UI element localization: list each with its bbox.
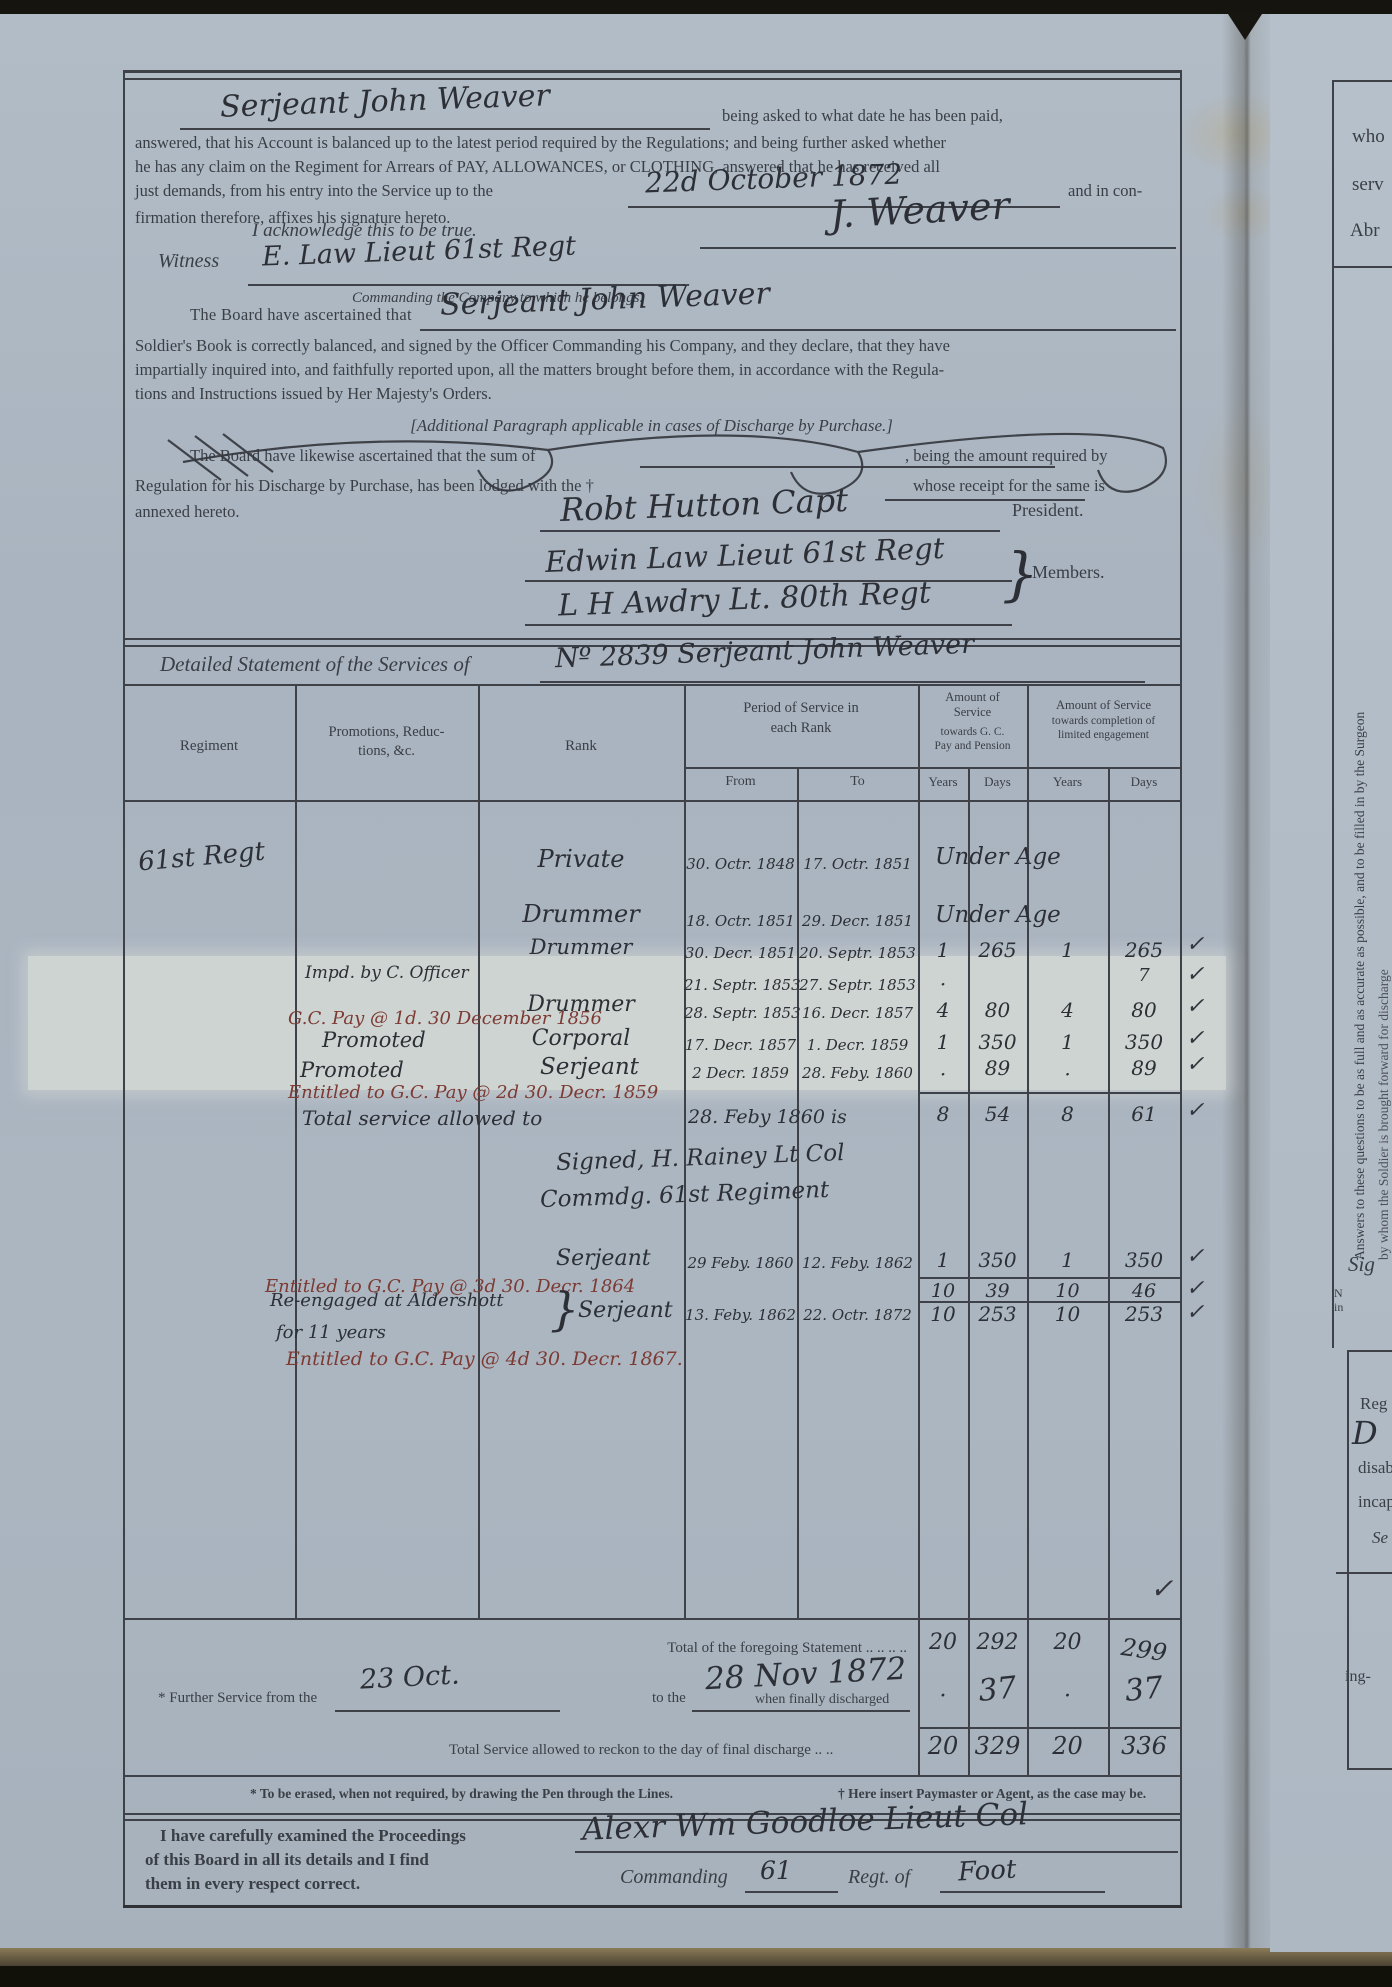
- row9-days2: 61: [1108, 1102, 1180, 1126]
- summary-final-days1: 329: [968, 1732, 1027, 1760]
- row5-years1: 4: [918, 998, 968, 1022]
- facing-frag-reg: Reg: [1360, 1394, 1387, 1414]
- facing-frag-in: in: [1334, 1300, 1343, 1315]
- row3-years1: 1: [918, 938, 968, 962]
- row13-days2: 253: [1108, 1302, 1180, 1326]
- col-header-rank: Rank: [478, 738, 684, 755]
- board-name-underline: [420, 329, 1176, 331]
- summary-total-years1: 20: [918, 1630, 968, 1655]
- row4-checkmark: ✓: [1186, 962, 1204, 987]
- row5-years2: 4: [1027, 998, 1108, 1022]
- numeric-rule-1: [918, 1092, 1180, 1094]
- facing-box-left-border: [1347, 1350, 1349, 1770]
- commanding-regiment-number: 61: [760, 1856, 792, 1885]
- summary-total-days1: 292: [968, 1630, 1027, 1655]
- col-header-amount1-2: Service: [918, 705, 1027, 720]
- facing-frag-sig: Sig: [1348, 1252, 1375, 1277]
- col-header-to: To: [797, 774, 918, 790]
- row6-from: 17. Decr. 1857: [684, 1036, 797, 1054]
- facing-frag-disab: disab: [1358, 1458, 1392, 1478]
- row13-days1: 253: [968, 1302, 1027, 1326]
- numeric-rule-2: [918, 1277, 1180, 1279]
- facing-frag-serv: serv: [1352, 174, 1384, 196]
- grid-line-regiment: [295, 684, 297, 1618]
- row6-checkmark: ✓: [1186, 1026, 1204, 1051]
- board-para-line3: tions and Instructions issued by Her Maj…: [135, 384, 492, 404]
- further-from-line: [335, 1710, 560, 1712]
- row2-from: 18. Octr. 1851: [684, 912, 797, 930]
- facing-frag-script: D: [1352, 1414, 1378, 1452]
- row13-from: 13. Feby. 1862: [684, 1306, 797, 1324]
- summary-final-days2: 336: [1108, 1732, 1180, 1760]
- page-bottom-edge: [0, 1948, 1392, 1966]
- row8-red-entry: Entitled to G.C. Pay @ 2d 30. Decr. 1859: [288, 1082, 658, 1103]
- row13-to: 22. Octr. 1872: [797, 1306, 918, 1324]
- row4-years1: ·: [918, 972, 968, 996]
- form-border-left: [123, 70, 125, 1908]
- summary-bottom-rule: [123, 1775, 1180, 1777]
- row9-years2: 8: [1027, 1102, 1108, 1126]
- table-header-bottom-rule: [123, 800, 1180, 802]
- further-service-mid: to the: [652, 1690, 686, 1707]
- witness-label: Witness: [158, 250, 219, 273]
- page-top-edge: [0, 0, 1392, 14]
- row13-checkmark: ✓: [1186, 1300, 1204, 1325]
- facing-frag-ing: ing-: [1345, 1668, 1371, 1686]
- col-header-promotions-2: tions, &c.: [295, 743, 478, 760]
- row3-to: 20. Septr. 1853: [797, 944, 918, 962]
- facing-box-top-rule: [1347, 1350, 1392, 1352]
- row7-rank: Serjeant: [540, 1054, 639, 1080]
- row13-promotion-line1: Re-engaged at Aldershott: [270, 1290, 504, 1311]
- row13-years2: 10: [1027, 1302, 1108, 1326]
- row4-to: 27. Septr. 1853: [797, 976, 918, 994]
- further-service-post: when finally discharged: [755, 1692, 889, 1708]
- header-line2: answered, that his Account is balanced u…: [135, 133, 946, 153]
- further-days1: 37: [966, 1669, 1028, 1710]
- col-header-days1: Days: [968, 774, 1027, 790]
- further-years2: ·: [1027, 1684, 1108, 1709]
- row6-days1: 350: [968, 1030, 1027, 1054]
- footnote-erase: * To be erased, when not required, by dr…: [250, 1786, 673, 1802]
- commanding-signature-line: [575, 1851, 1178, 1853]
- row2-to: 29. Decr. 1851: [797, 912, 918, 930]
- row7-days1: 89: [968, 1056, 1027, 1080]
- row13-years1: 10: [918, 1302, 968, 1326]
- col-header-promotions-1: Promotions, Reduc-: [295, 724, 478, 741]
- col-header-amount1-3: towards G. C.: [918, 726, 1027, 738]
- facing-page-top-rule: [1332, 80, 1392, 82]
- statement-name-underline: [540, 681, 1145, 683]
- facing-frag-se: Se: [1372, 1528, 1388, 1548]
- row12-years1: 10: [918, 1280, 968, 1302]
- col-header-amount1-1: Amount of: [918, 690, 1027, 705]
- row5-to: 16. Decr. 1857: [797, 1004, 918, 1022]
- row6-days2: 350: [1108, 1030, 1180, 1054]
- row4-days2: 7: [1108, 965, 1180, 986]
- col-header-period-1: Period of Service in: [684, 700, 918, 717]
- facing-mid-rule: [1336, 1572, 1392, 1574]
- col-header-amount2-2: towards completion of: [1027, 715, 1180, 727]
- row7-from: 2 Decr. 1859: [684, 1064, 797, 1082]
- grid-line-amount1: [918, 684, 920, 1775]
- row2-under-age: Under Age: [935, 902, 1061, 928]
- facing-page-divider-rule: [1332, 266, 1392, 268]
- row12-days2: 46: [1108, 1280, 1180, 1302]
- row5-rank: Drummer: [478, 992, 684, 1017]
- form-border-right: [1180, 70, 1182, 1908]
- facing-page-left-border: [1332, 80, 1334, 1348]
- facing-frag-who: who: [1352, 126, 1385, 148]
- row7-checkmark: ✓: [1186, 1052, 1204, 1077]
- row3-from: 30. Decr. 1851: [684, 944, 797, 962]
- col-header-years1: Years: [918, 774, 968, 790]
- row1-under-age: Under Age: [935, 844, 1061, 870]
- row9-days1: 54: [968, 1102, 1027, 1126]
- row2-rank: Drummer: [478, 900, 684, 928]
- row11-from: 29 Feby. 1860: [684, 1254, 797, 1272]
- certification-line1: I have carefully examined the Proceeding…: [160, 1826, 466, 1846]
- statement-title: Detailed Statement of the Services of: [160, 652, 470, 677]
- row5-from: 28. Septr. 1853: [684, 1004, 797, 1022]
- row11-years2: 1: [1027, 1248, 1108, 1272]
- row14-red-entry: Entitled to G.C. Pay @ 4d 30. Decr. 1867…: [286, 1348, 683, 1370]
- regiment-number-line: [745, 1891, 838, 1893]
- table-body-bottom-rule: [123, 1618, 1180, 1620]
- regiment-name-line: [940, 1891, 1105, 1893]
- row3-days2: 265: [1108, 938, 1180, 962]
- facing-rotated-note-line2: by whom the Soldier is brought forward f…: [1376, 320, 1392, 1260]
- row13-brace: }: [550, 1282, 579, 1336]
- soldier-signature: J. Weaver: [829, 183, 1011, 236]
- further-to-line: [692, 1710, 910, 1712]
- further-days2: 37: [1106, 1668, 1181, 1710]
- row9-years1: 8: [918, 1102, 968, 1126]
- row3-rank: Drummer: [478, 935, 684, 959]
- form-border-top-inner: [123, 78, 1180, 80]
- summary-total-years2: 20: [1027, 1630, 1108, 1655]
- row3-years2: 1: [1027, 938, 1108, 962]
- row7-promotion: Promoted: [300, 1058, 404, 1082]
- scanned-discharge-document: Serjeant John Weaver being asked to what…: [0, 0, 1392, 1987]
- row7-to: 28. Feby. 1860: [797, 1064, 918, 1082]
- board-para-line1: Soldier's Book is correctly balanced, an…: [135, 336, 950, 356]
- summary-final-years2: 20: [1027, 1732, 1108, 1760]
- commanding-label: Commanding: [620, 1866, 728, 1889]
- row6-years2: 1: [1027, 1030, 1108, 1054]
- row6-years1: 1: [918, 1030, 968, 1054]
- summary-final-label: Total Service allowed to reckon to the d…: [449, 1742, 833, 1759]
- facing-page-fragment: [1270, 14, 1392, 1952]
- row3-checkmark: ✓: [1186, 932, 1204, 957]
- board-intro: The Board have ascertained that: [190, 305, 412, 325]
- row13-rank: Serjeant: [578, 1298, 673, 1323]
- row1-rank: Private: [478, 845, 684, 873]
- row6-to: 1. Decr. 1859: [797, 1036, 918, 1054]
- regiment-name: Foot: [957, 1854, 1017, 1887]
- row5-checkmark: ✓: [1186, 994, 1204, 1019]
- row11-to: 12. Feby. 1862: [797, 1254, 918, 1272]
- row5-days1: 80: [968, 998, 1027, 1022]
- name-underline: [180, 128, 710, 130]
- form-border-bottom: [123, 1905, 1182, 1908]
- header-line4-pre: just demands, from his entry into the Se…: [135, 181, 493, 201]
- col-header-amount2-3: limited engagement: [1027, 729, 1180, 741]
- row9-checkmark: ✓: [1186, 1098, 1204, 1123]
- facing-frag-n: N: [1334, 1286, 1343, 1301]
- further-years1: ·: [918, 1684, 968, 1709]
- header-line1: being asked to what date he has been pai…: [722, 106, 1003, 126]
- row4-promotion: Impd. by C. Officer: [305, 963, 469, 983]
- row1-to: 17. Octr. 1851: [797, 855, 918, 873]
- president-label: President.: [1012, 500, 1084, 521]
- further-service-pre: * Further Service from the: [158, 1690, 317, 1707]
- members-label: Members.: [1032, 562, 1104, 583]
- form-border-top-outer: [123, 70, 1180, 73]
- facing-frag-abr: Abr: [1350, 220, 1380, 242]
- regt-of-label: Regt. of: [848, 1866, 910, 1889]
- member2-line: [525, 624, 1012, 626]
- row12-days1: 39: [968, 1280, 1027, 1302]
- header-line4-post: and in con-: [1068, 181, 1142, 201]
- row11-rank: Serjeant: [556, 1246, 651, 1271]
- certification-line2: of this Board in all its details and I f…: [145, 1850, 429, 1870]
- col-header-from: From: [684, 774, 797, 790]
- grid-line-promotions: [478, 684, 480, 1618]
- row12-years2: 10: [1027, 1280, 1108, 1302]
- row11-days1: 350: [968, 1248, 1027, 1272]
- row3-days1: 265: [968, 938, 1027, 962]
- row6-rank: Corporal: [478, 1026, 684, 1051]
- row13-promotion-line2: for 11 years: [276, 1322, 386, 1343]
- board-para-line2: impartially inquired into, and faithfull…: [135, 360, 944, 380]
- summary-mid-rule: [918, 1727, 1180, 1729]
- row7-years1: ·: [918, 1062, 968, 1086]
- facing-bottom-rule: [1347, 1768, 1392, 1770]
- row5-days2: 80: [1108, 998, 1180, 1022]
- row1-from: 30. Octr. 1848: [684, 855, 797, 873]
- signature-line: [700, 247, 1176, 249]
- table-top-rule: [123, 684, 1180, 686]
- row11-checkmark: ✓: [1186, 1244, 1204, 1269]
- col-header-years2: Years: [1027, 774, 1108, 790]
- row11-days2: 350: [1108, 1248, 1180, 1272]
- row7-days2: 89: [1108, 1056, 1180, 1080]
- page-bottom-band: [0, 1966, 1392, 1987]
- col-header-amount2-1: Amount of Service: [1027, 698, 1180, 713]
- row7-years2: ·: [1027, 1062, 1108, 1086]
- table-subheader-rule: [684, 767, 1180, 769]
- further-service-from-date: 23 Oct.: [359, 1659, 460, 1695]
- certification-line3: them in every respect correct.: [145, 1874, 360, 1894]
- col-header-amount1-4: Pay and Pension: [918, 740, 1027, 752]
- row11-years1: 1: [918, 1248, 968, 1272]
- facing-frag-incap: incap: [1358, 1492, 1392, 1512]
- summary-checkmark: ✓: [1150, 1572, 1173, 1605]
- row9-date: 28. Feby 1860 is: [688, 1106, 847, 1128]
- row6-promotion: Promoted: [322, 1028, 426, 1052]
- row12-checkmark: ✓: [1186, 1276, 1204, 1301]
- summary-final-years1: 20: [918, 1732, 968, 1760]
- row4-from: 21. Septr. 1853: [684, 976, 797, 994]
- row9-label: Total service allowed to: [302, 1106, 542, 1130]
- torn-notch: [1228, 14, 1262, 40]
- col-header-period-2: each Rank: [684, 720, 918, 737]
- col-header-regiment: Regiment: [123, 738, 295, 755]
- facing-rotated-note-line1: Answers to these questions to be as full…: [1352, 300, 1368, 1260]
- fold-crease: [1222, 14, 1270, 1952]
- col-header-days2: Days: [1108, 774, 1180, 790]
